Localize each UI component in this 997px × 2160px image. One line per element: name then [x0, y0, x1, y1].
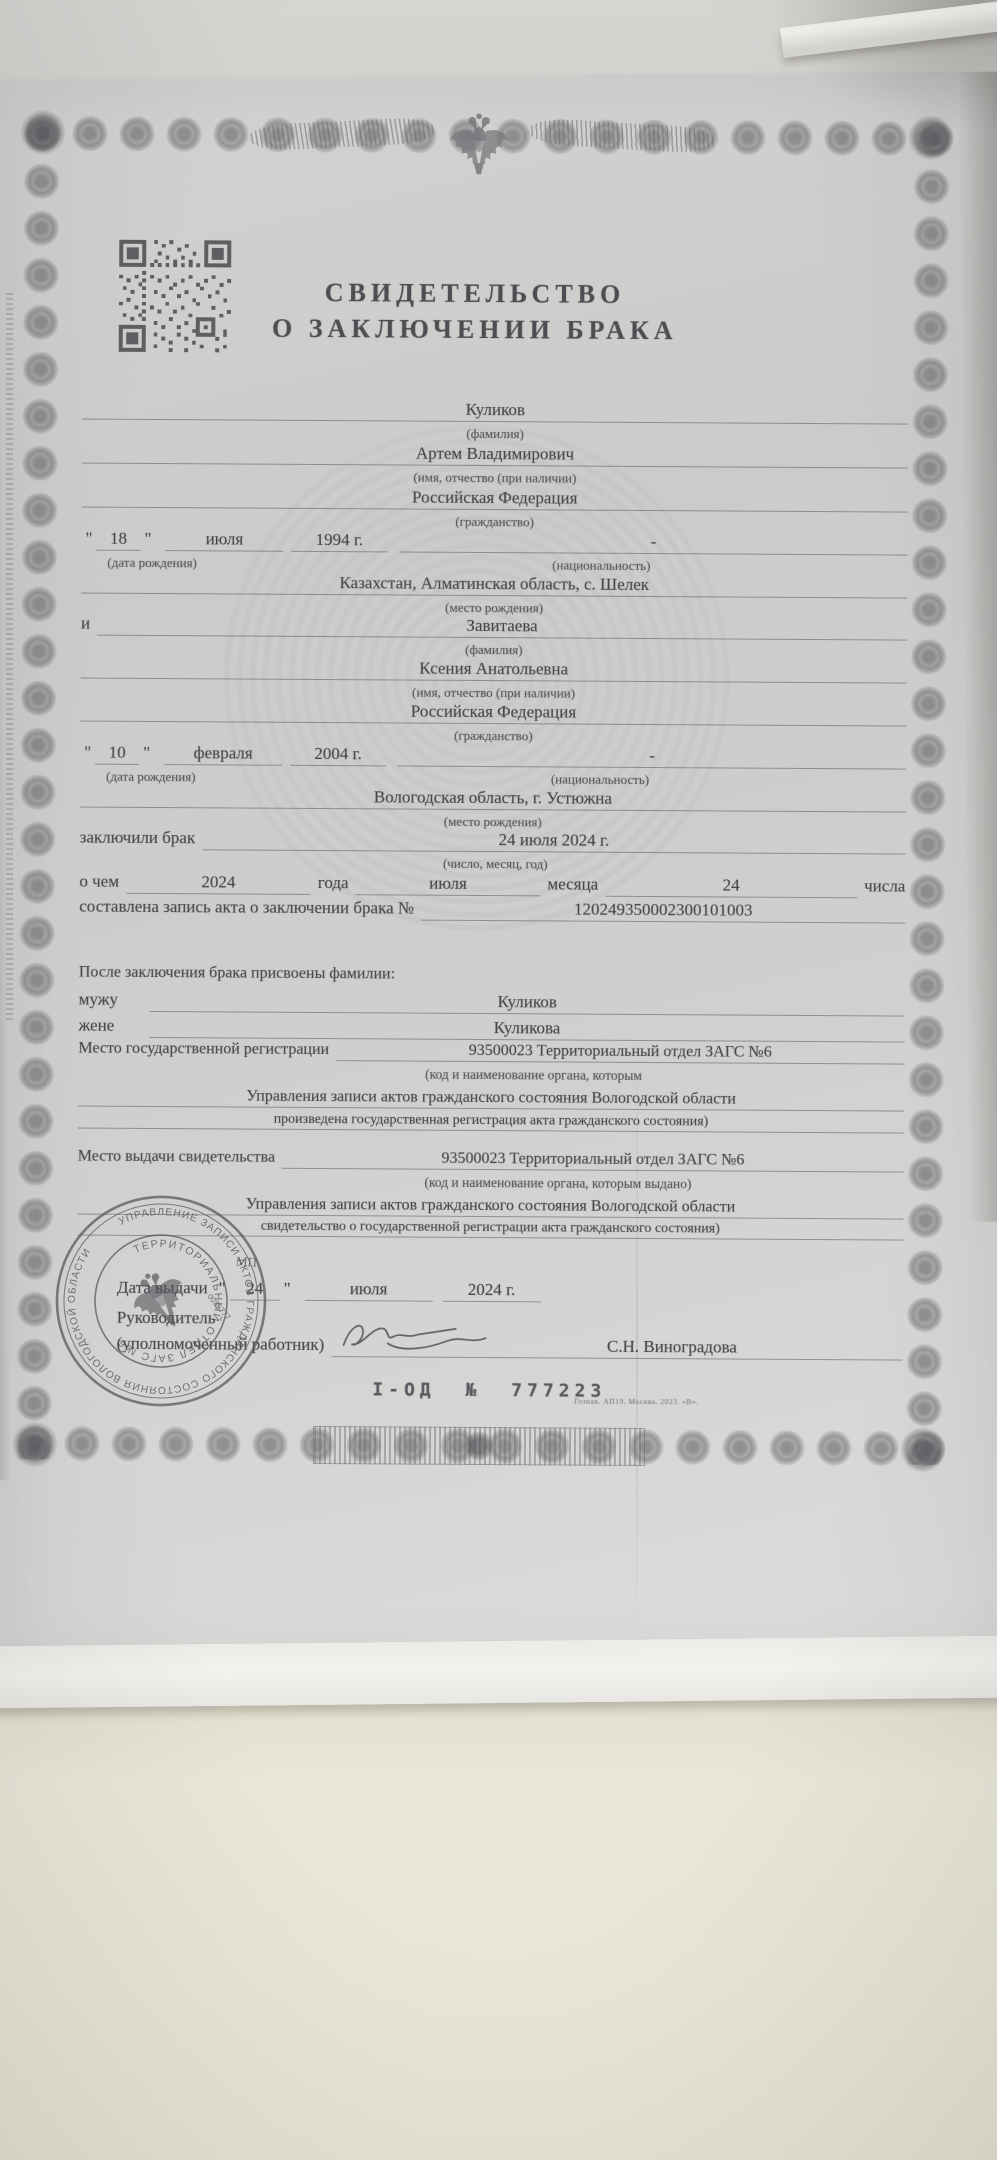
bride-birthdate-row: " 10 " февраля 2004 г. -: [80, 743, 906, 770]
conjunction-and: и: [81, 614, 97, 636]
bride-nationality-label: (национальность): [551, 771, 649, 788]
paper-right-shadow: [958, 72, 997, 1222]
ornament-border-right: [902, 117, 954, 1465]
registration-place-value: 93500023 Территориальный отдел ЗАГС №6: [336, 1041, 904, 1064]
ornament-corner: [18, 107, 68, 157]
paper-bottom-edge: [0, 1636, 997, 1709]
groom-birth-day: 18: [96, 529, 140, 551]
act-record-label: составлена запись акта о заключении брак…: [79, 897, 421, 921]
groom-nationality-field: -: [399, 530, 907, 555]
groom-birth-month: июля: [165, 529, 283, 552]
ornament-corner: [10, 1419, 60, 1469]
bride-birth-month: февраля: [164, 743, 282, 766]
record-month: июля: [356, 873, 541, 896]
year-word: года: [311, 873, 356, 895]
marriage-date-field: 24 июля 2024 г.: [202, 828, 906, 854]
issuance-code-label: (код и наименование органа, которым выда…: [424, 1175, 691, 1193]
husband-label: мужу: [79, 990, 150, 1012]
marriage-date-row: заключили брак 24 июля 2024 г.: [80, 828, 906, 855]
wife-surname-field: Куликова: [149, 1016, 904, 1043]
bride-birthplace-field: Вологодская область, г. Устюжна: [80, 786, 906, 813]
registration-office-field: Управления записи актов гражданского сос…: [78, 1087, 904, 1112]
bride-birth-label: (дата рождения): [106, 769, 196, 786]
groom-nationality-label: (национальность): [552, 557, 650, 574]
goznak-fine-print: Гознак. АП19. Москва. 2023. «В».: [574, 1397, 698, 1407]
ornament-corner: [898, 1425, 948, 1475]
ochem-word: о чем: [79, 872, 126, 894]
quote-mark: ": [81, 529, 96, 551]
groom-name-field: Артем Владимирович: [82, 442, 908, 469]
record-day: 24: [605, 875, 857, 899]
ornament-corner: [906, 113, 956, 163]
photo-of-marriage-certificate: СВИДЕТЕЛЬСТВО О ЗАКЛЮЧЕНИИ БРАКА Куликов…: [0, 0, 997, 2160]
record-date-row: о чем 2024 года июля месяца 24 числа: [79, 872, 905, 899]
groom-birthdate-row: " 18 " июля 1994 г. -: [81, 529, 907, 556]
marriage-concluded-label: заключили брак: [80, 828, 203, 851]
wife-label: жене: [78, 1016, 149, 1038]
bride-birth-year: 2004 г.: [290, 744, 386, 767]
husband-surname-row: мужу Куликов: [79, 990, 905, 1017]
day-word: числа: [857, 876, 905, 898]
registration-note: произведена государственная регистрация …: [78, 1111, 904, 1134]
groom-citizenship-field: Российская Федерация: [82, 486, 908, 513]
issue-month: июля: [305, 1279, 433, 1302]
serial-series: I-ОД: [372, 1379, 435, 1400]
record-year: 2024: [126, 872, 311, 895]
serial-number-sign: №: [465, 1380, 481, 1401]
official-stamp: УПРАВЛЕНИЕ ЗАПИСИ АКТОВ ГРАЖДАНСКОГО СОС…: [50, 1190, 272, 1412]
bride-name-field: Ксения Анатольевна: [81, 657, 907, 684]
bride-surname-row: и Завитаева: [81, 614, 907, 641]
after-heading: После заключения брака присвоены фамилии…: [79, 964, 905, 992]
stamp-place-mark: МП: [235, 1253, 257, 1270]
quote-mark: ": [140, 529, 155, 551]
bride-nationality-field: -: [398, 744, 906, 769]
act-record-number: 120249350002300101003: [421, 899, 905, 924]
left-edge-microtext: [6, 290, 13, 1020]
registration-place-row: Место государственной регистрации 935000…: [78, 1040, 904, 1065]
issuance-place-value: 93500023 Территориальный отдел ЗАГС №6: [282, 1149, 904, 1173]
groom-birthplace-field: Казахстан, Алматинская область, с. Шелек: [81, 572, 907, 599]
bride-surname-field: Завитаева: [97, 614, 907, 641]
quote-mark: ": [80, 743, 95, 765]
signature-line: С.Н. Виноградова: [331, 1335, 902, 1360]
act-record-row: составлена запись акта о заключении брак…: [79, 897, 905, 924]
wife-surname-row: жене Куликова: [78, 1016, 904, 1043]
groom-surname-field: Куликов: [82, 398, 908, 425]
registration-code-label: (код и наименование органа, которым: [425, 1067, 642, 1084]
husband-surname-field: Куликов: [150, 990, 905, 1017]
signature-icon: [335, 1315, 495, 1358]
groom-birth-label: (дата рождения): [107, 555, 197, 572]
month-word: месяца: [540, 874, 605, 896]
table-surface: [0, 1698, 997, 2160]
marriage-date-label: (число, месяц, год): [443, 856, 548, 873]
bride-citizenship-field: Российская Федерация: [80, 700, 906, 727]
quote-mark: ": [139, 743, 154, 765]
bride-birth-day: 10: [95, 743, 139, 765]
issue-year: 2024 г.: [443, 1280, 541, 1303]
registration-place-label: Место государственной регистрации: [78, 1040, 336, 1062]
groom-birth-year: 1994 г.: [291, 530, 387, 553]
